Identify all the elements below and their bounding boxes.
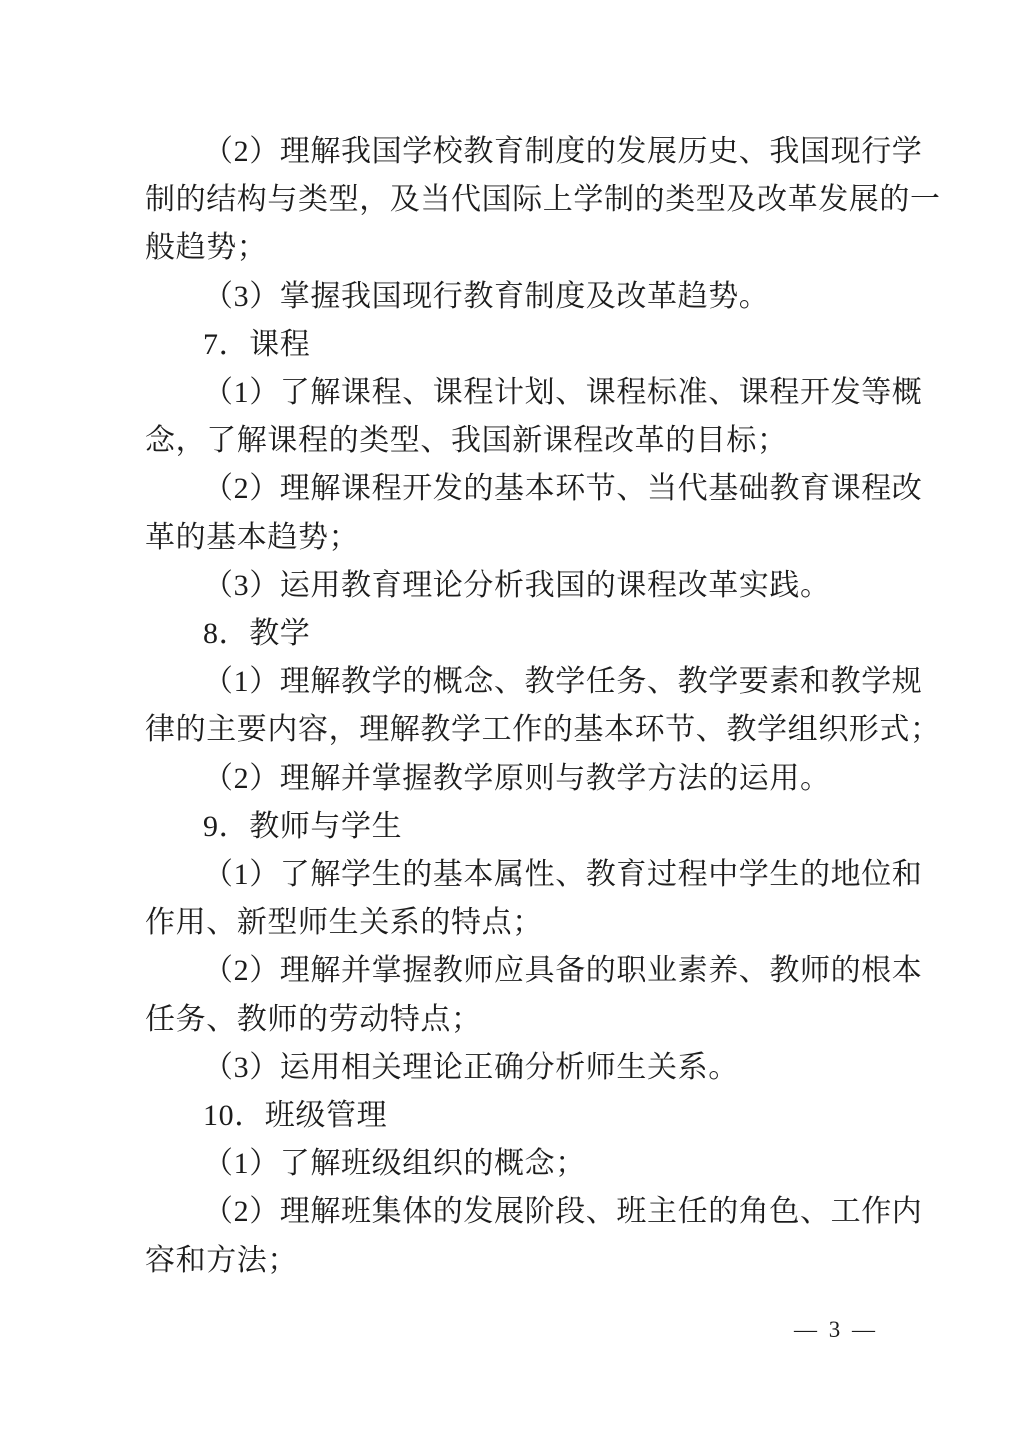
- text-line: （2）理解班集体的发展阶段、班主任的角色、工作内: [145, 1188, 877, 1236]
- document-page: （2）理解我国学校教育制度的发展历史、我国现行学 制的结构与类型，及当代国际上学…: [0, 0, 1024, 1447]
- paragraph: （2）理解并掌握教学原则与教学方法的运用。: [145, 755, 877, 803]
- section-heading-10: 10．班级管理: [145, 1092, 877, 1140]
- text-line: 革的基本趋势；: [145, 514, 877, 562]
- text-line: （3）掌握我国现行教育制度及改革趋势。: [145, 273, 877, 321]
- text-line: 作用、新型师生关系的特点；: [145, 899, 877, 947]
- paragraph: （2）理解并掌握教师应具备的职业素养、教师的根本 任务、教师的劳动特点；: [145, 947, 877, 1043]
- text-line: 念，了解课程的类型、我国新课程改革的目标；: [145, 417, 877, 465]
- paragraph: （1）理解教学的概念、教学任务、教学要素和教学规 律的主要内容，理解教学工作的基…: [145, 658, 877, 754]
- page-footer: — 3 —: [760, 1312, 912, 1348]
- section-heading-8: 8．教学: [145, 610, 877, 658]
- paragraph: （1）了解学生的基本属性、教育过程中学生的地位和 作用、新型师生关系的特点；: [145, 851, 877, 947]
- text-line: （1）了解学生的基本属性、教育过程中学生的地位和: [145, 851, 877, 899]
- section-heading-7: 7．课程: [145, 321, 877, 369]
- paragraph: （1）了解课程、课程计划、课程标准、课程开发等概 念，了解课程的类型、我国新课程…: [145, 369, 877, 465]
- text-line: （1）理解教学的概念、教学任务、教学要素和教学规: [145, 658, 877, 706]
- text-line: 任务、教师的劳动特点；: [145, 996, 877, 1044]
- paragraph: （3）掌握我国现行教育制度及改革趋势。: [145, 273, 877, 321]
- paragraph: （2）理解我国学校教育制度的发展历史、我国现行学 制的结构与类型，及当代国际上学…: [145, 128, 877, 273]
- text-line: （2）理解并掌握教学原则与教学方法的运用。: [145, 755, 877, 803]
- text-line: 制的结构与类型，及当代国际上学制的类型及改革发展的一: [145, 176, 877, 224]
- text-line: 容和方法；: [145, 1237, 877, 1285]
- text-line: （2）理解课程开发的基本环节、当代基础教育课程改: [145, 465, 877, 513]
- text-line: （1）了解班级组织的概念；: [145, 1140, 877, 1188]
- section-heading-9: 9．教师与学生: [145, 803, 877, 851]
- text-line: （3）运用教育理论分析我国的课程改革实践。: [145, 562, 877, 610]
- text-line: 7．课程: [145, 321, 877, 369]
- text-line: （1）了解课程、课程计划、课程标准、课程开发等概: [145, 369, 877, 417]
- paragraph: （1）了解班级组织的概念；: [145, 1140, 877, 1188]
- text-line: （2）理解我国学校教育制度的发展历史、我国现行学: [145, 128, 877, 176]
- paragraph: （2）理解班集体的发展阶段、班主任的角色、工作内 容和方法；: [145, 1188, 877, 1284]
- paragraph: （2）理解课程开发的基本环节、当代基础教育课程改 革的基本趋势；: [145, 465, 877, 561]
- text-line: 8．教学: [145, 610, 877, 658]
- document-body: （2）理解我国学校教育制度的发展历史、我国现行学 制的结构与类型，及当代国际上学…: [145, 128, 877, 1285]
- paragraph: （3）运用相关理论正确分析师生关系。: [145, 1044, 877, 1092]
- text-line: （2）理解并掌握教师应具备的职业素养、教师的根本: [145, 947, 877, 995]
- paragraph: （3）运用教育理论分析我国的课程改革实践。: [145, 562, 877, 610]
- text-line: 般趋势；: [145, 224, 877, 272]
- text-line: （3）运用相关理论正确分析师生关系。: [145, 1044, 877, 1092]
- text-line: 9．教师与学生: [145, 803, 877, 851]
- page-number: — 3 —: [794, 1317, 878, 1342]
- text-line: 律的主要内容，理解教学工作的基本环节、教学组织形式；: [145, 706, 877, 754]
- text-line: 10．班级管理: [145, 1092, 877, 1140]
